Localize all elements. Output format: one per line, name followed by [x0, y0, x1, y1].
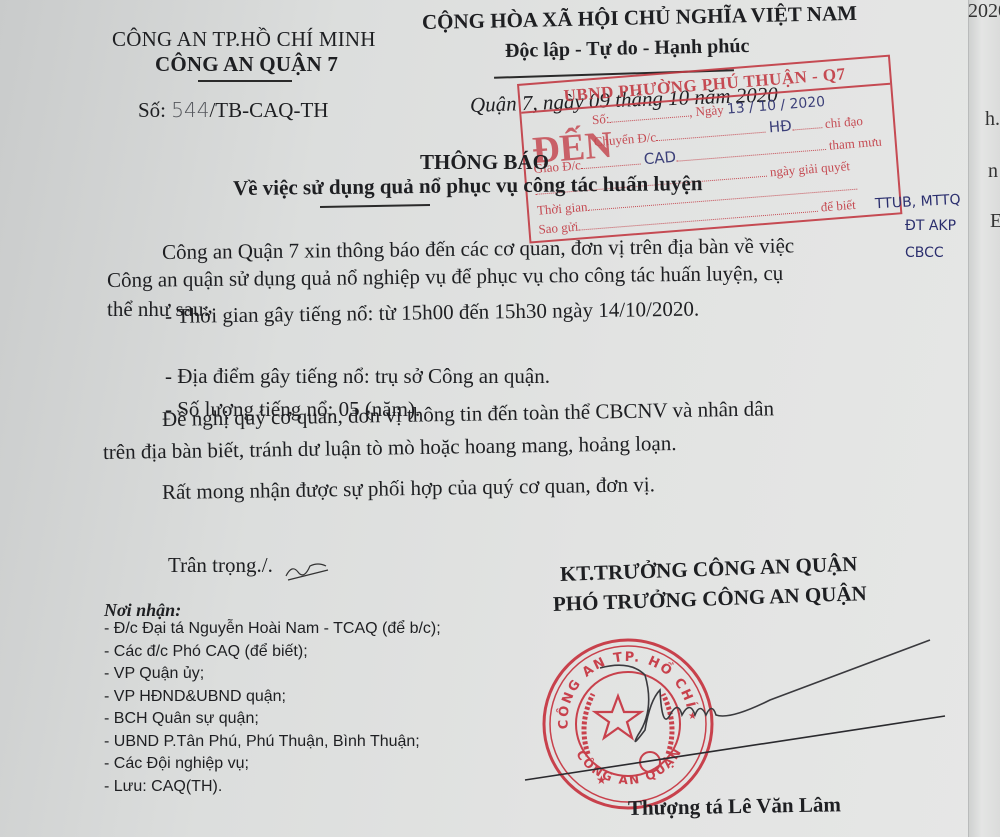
signature-position: PHÓ TRƯỞNG CÔNG AN QUẬN — [553, 581, 868, 617]
handwritten-note-line1: TTUB, MTTQ — [875, 192, 961, 212]
incoming-document-stamp: UBND PHƯỜNG PHÚ THUẬN - Q7 ĐẾN Số:, Ngày… — [517, 55, 902, 244]
recipient-item: - BCH Quân sự quận; — [104, 708, 524, 731]
detail-location: - Địa điểm gây tiếng nổ: trụ sở Công an … — [165, 364, 550, 389]
national-motto: Độc lập - Tự do - Hạnh phúc — [505, 35, 750, 63]
stamp-giao-value: CAD — [643, 148, 677, 168]
detail-time: - Thời gian gây tiếng nổ: từ 15h00 đến 1… — [165, 297, 700, 329]
signer-name: Thượng tá Lê Văn Lâm — [628, 792, 841, 821]
nation-name: CỘNG HÒA XÃ HỘI CHỦ NGHĨA VIỆT NAM — [422, 1, 857, 35]
intro-line-2: Công an quận sử dụng quả nổ nghiệp vụ để… — [107, 261, 783, 293]
closing-request: Rất mong nhận được sự phối hợp của quý c… — [162, 472, 655, 505]
agency-underline — [198, 80, 292, 82]
doc-number-label: Số: — [138, 98, 166, 122]
recipients-list: - Đ/c Đại tá Nguyễn Hoài Nam - TCAQ (để … — [104, 618, 524, 798]
handwritten-note-line2: ĐT AKP — [905, 218, 956, 234]
recipient-item: - Các đ/c Phó CAQ (để biết); — [104, 641, 524, 664]
subject-underline — [320, 204, 430, 207]
intro-line-1: Công an Quận 7 xin thông báo đến các cơ … — [162, 233, 794, 265]
background-sheet-fragment: h. — [985, 108, 1000, 131]
background-sheet-fragment: E — [990, 210, 1000, 233]
stamp-de-biet: để biết — [820, 197, 856, 215]
stamp-chuyen-value: HĐ — [768, 117, 792, 137]
doc-number: Số: 544/TB-CAQ-TH — [138, 98, 328, 123]
stamp-sao-gui-label: Sao gửi — [538, 219, 579, 237]
stamp-so-label: Số: — [591, 111, 609, 127]
background-sheet-fragment: n — [988, 160, 998, 183]
agency-name: CÔNG AN QUẬN 7 — [155, 52, 338, 77]
stamp-tham-muu: tham mưu — [828, 134, 882, 153]
initial-mark-icon — [282, 556, 332, 584]
recipient-item: - VP HĐND&UBND quận; — [104, 686, 524, 709]
recipient-item: - Đ/c Đại tá Nguyễn Hoài Nam - TCAQ (để … — [104, 618, 524, 641]
stamp-ngay-giai-quyet: ngày giải quyết — [769, 158, 850, 179]
recipient-item: - VP Quận ủy; — [104, 663, 524, 686]
document-subject: Về việc sử dụng quả nổ phục vụ công tác … — [233, 171, 703, 201]
agency-parent: CÔNG AN TP.HỒ CHÍ MINH — [112, 27, 376, 52]
recipient-item: - Lưu: CAQ(TH). — [104, 776, 524, 799]
request-line-2: trên địa bàn biết, tránh dư luận tò mò h… — [103, 431, 677, 465]
signature-on-behalf: KT.TRƯỞNG CÔNG AN QUẬN — [560, 552, 858, 587]
doc-number-suffix: /TB-CAQ-TH — [209, 98, 328, 122]
recipient-item: - Các Đội nghiệp vụ; — [104, 753, 524, 776]
recipient-item: - UBND P.Tân Phú, Phú Thuận, Bình Thuận; — [104, 731, 524, 754]
stamp-chi-dao: chỉ đạo — [824, 113, 863, 131]
stamp-thoi-gian-label: Thời gian — [536, 199, 588, 218]
doc-number-handwritten: 544 — [171, 98, 209, 122]
stamp-ngay-label: Ngày — [695, 102, 724, 119]
regards: Trân trọng./. — [168, 553, 273, 578]
background-sheet-fragment: 2020 — [968, 0, 1000, 23]
handwritten-signature-icon — [520, 620, 950, 800]
document-title: THÔNG BÁO — [420, 150, 549, 175]
stamp-chuyen-label: Chuyển Đ/c — [593, 129, 656, 149]
handwritten-note-line3: CBCC — [905, 245, 944, 261]
